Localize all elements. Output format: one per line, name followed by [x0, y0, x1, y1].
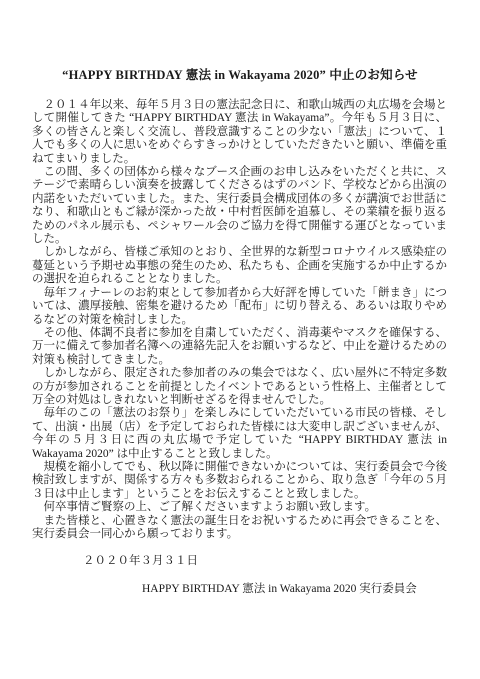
paragraph-9: 何卒事情ご賢察の上、ご了解くださいますようお願い致します。 — [32, 501, 447, 514]
notice-document-page: “HAPPY BIRTHDAY 憲法 in Wakayama 2020” 中止の… — [0, 0, 480, 679]
paragraph-7: 毎年のこの「憲法のお祭り」を楽しみにしていただいている市民の皆様、そして、出演・… — [32, 407, 447, 461]
document-date: ２０２０年３月３１日 — [83, 555, 480, 568]
document-body: ２０１４年以来、毎年５月３日の憲法記念日に、和歌山城西の丸広場を会場として開催し… — [32, 99, 447, 541]
paragraph-8: 規模を縮小してでも、秋以降に開催できないかについては、実行委員会で今後検討致しま… — [32, 461, 447, 501]
committee-signature: HAPPY BIRTHDAY 憲法 in Wakayama 2020 実行委員会 — [142, 583, 480, 596]
paragraph-1: ２０１４年以来、毎年５月３日の憲法記念日に、和歌山城西の丸広場を会場として開催し… — [32, 99, 447, 166]
paragraph-2: この間、多くの団体から様々なブース企画のお申し込みをいただくと共に、ステージで素… — [32, 166, 447, 246]
paragraph-6: しかしながら、限定された参加者のみの集会ではなく、広い屋外に不特定多数の方が参加… — [32, 367, 447, 407]
paragraph-5: その他、体調不良者に参加を自粛していただく、消毒薬やマスクを確保する、万一に備え… — [32, 327, 447, 367]
document-title: “HAPPY BIRTHDAY 憲法 in Wakayama 2020” 中止の… — [0, 0, 480, 84]
paragraph-10: また皆様と、心置きなく憲法の誕生日をお祝いするために再会できることを、実行委員会… — [32, 515, 447, 542]
paragraph-4: 毎年フィナーレのお約束として参加者から大好評を博していた「餅まき」については、濃… — [32, 287, 447, 327]
paragraph-3: しかしながら、皆様ご承知のとおり、全世界的な新型コロナウイルス感染症の蔓延という… — [32, 246, 447, 286]
